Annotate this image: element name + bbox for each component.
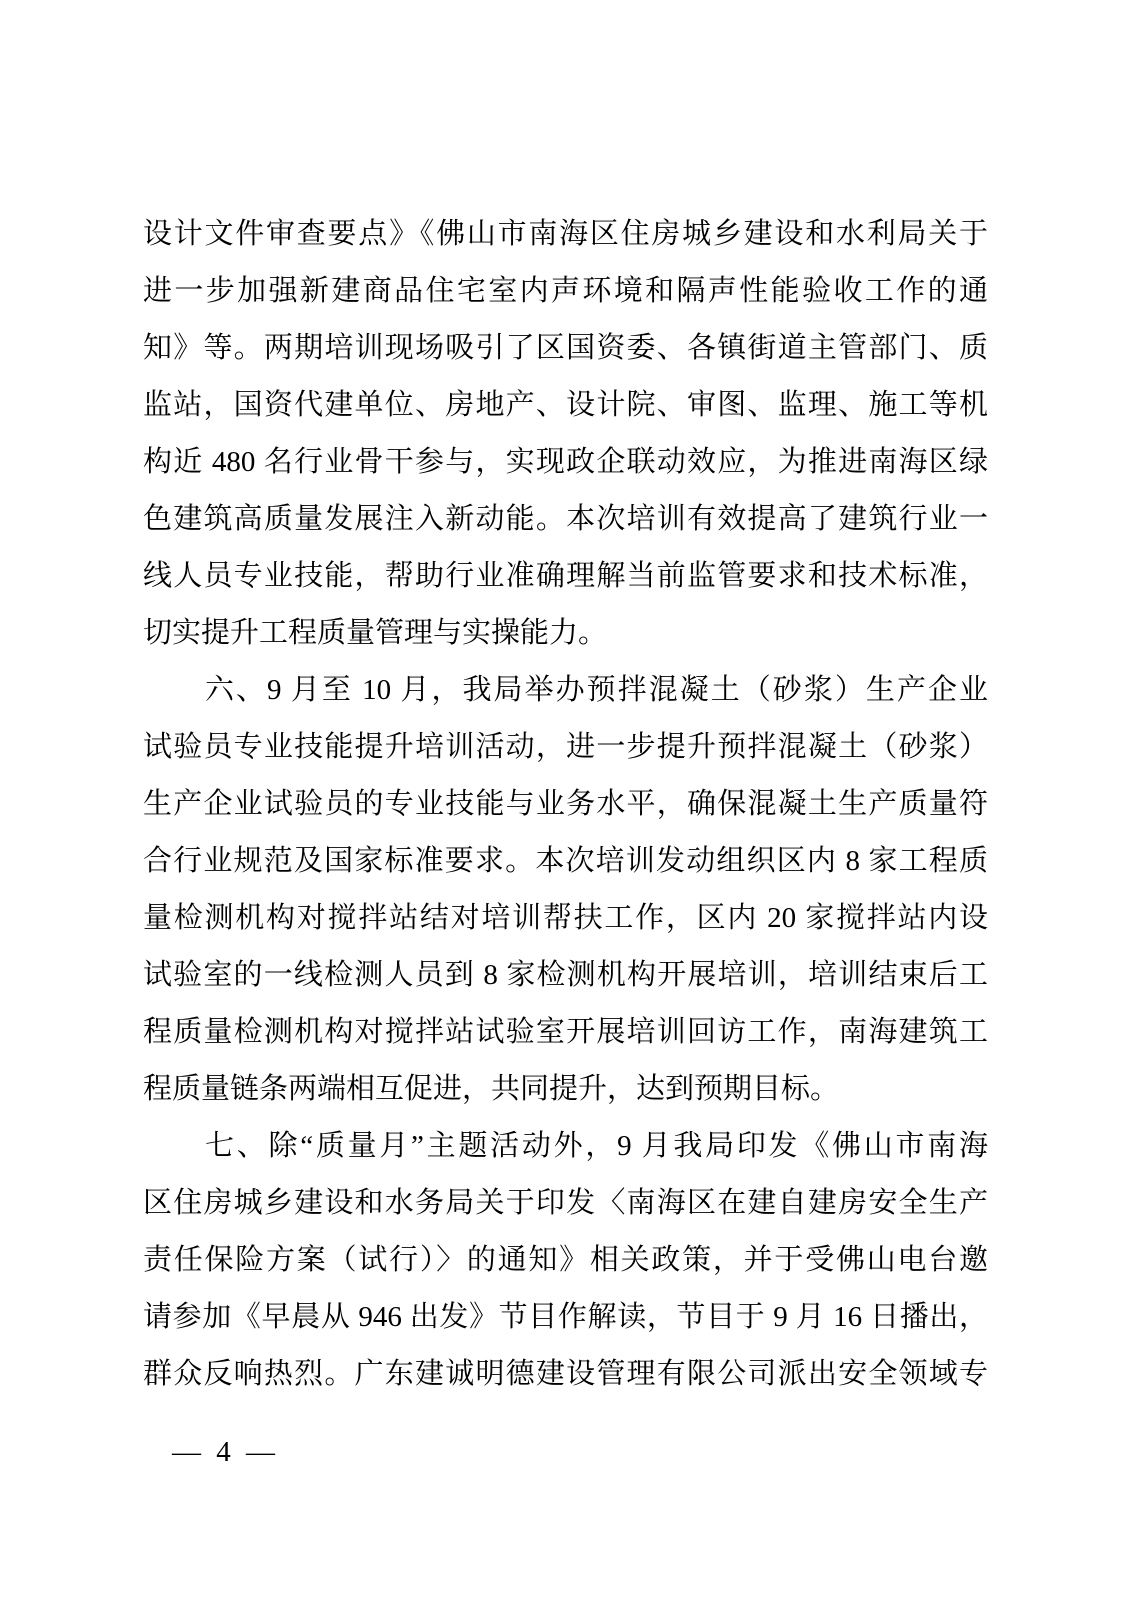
text-line: 合行业规范及国家标准要求。本次培训发动组织区内 8 家工程质 xyxy=(143,833,988,890)
text-line: 责任保险方案（试行）〉的通知》相关政策，并于受佛山电台邀 xyxy=(143,1232,988,1289)
text-line: 色建筑高质量发展注入新动能。本次培训有效提高了建筑行业一 xyxy=(143,491,988,548)
text-line: 监站，国资代建单位、房地产、设计院、审图、监理、施工等机 xyxy=(143,377,988,434)
text-line: 进一步加强新建商品住宅室内声环境和隔声性能验收工作的通 xyxy=(143,263,988,320)
text-line: 知》等。两期培训现场吸引了区国资委、各镇街道主管部门、质 xyxy=(143,320,988,377)
text-line: 构近 480 名行业骨干参与，实现政企联动效应，为推进南海区绿 xyxy=(143,434,988,491)
text-line: 请参加《早晨从 946 出发》节目作解读，节目于 9 月 16 日播出， xyxy=(143,1289,988,1346)
text-line: 七、除“质量月”主题活动外，9 月我局印发《佛山市南海 xyxy=(143,1118,988,1175)
document-page: 设计文件审查要点》《佛山市南海区住房城乡建设和水利局关于 进一步加强新建商品住宅… xyxy=(0,0,1131,1600)
text-line: 线人员专业技能，帮助行业准确理解当前监管要求和技术标准， xyxy=(143,548,988,605)
text-line: 切实提升工程质量管理与实操能力。 xyxy=(143,605,988,662)
text-line: 群众反响热烈。广东建诚明德建设管理有限公司派出安全领域专 xyxy=(143,1346,988,1403)
text-line: 区住房城乡建设和水务局关于印发〈南海区在建自建房安全生产 xyxy=(143,1175,988,1232)
text-line: 量检测机构对搅拌站结对培训帮扶工作，区内 20 家搅拌站内设 xyxy=(143,890,988,947)
text-line: 生产企业试验员的专业技能与业务水平，确保混凝土生产质量符 xyxy=(143,776,988,833)
page-number: — 4 — xyxy=(172,1424,279,1481)
text-line: 试验员专业技能提升培训活动，进一步提升预拌混凝土（砂浆） xyxy=(143,719,988,776)
text-line: 设计文件审查要点》《佛山市南海区住房城乡建设和水利局关于 xyxy=(143,206,988,263)
document-body: 设计文件审查要点》《佛山市南海区住房城乡建设和水利局关于 进一步加强新建商品住宅… xyxy=(143,206,988,1403)
text-line: 程质量链条两端相互促进，共同提升，达到预期目标。 xyxy=(143,1061,988,1118)
text-line: 试验室的一线检测人员到 8 家检测机构开展培训，培训结束后工 xyxy=(143,947,988,1004)
text-line: 程质量检测机构对搅拌站试验室开展培训回访工作，南海建筑工 xyxy=(143,1004,988,1061)
text-line: 六、9 月至 10 月，我局举办预拌混凝土（砂浆）生产企业 xyxy=(143,662,988,719)
